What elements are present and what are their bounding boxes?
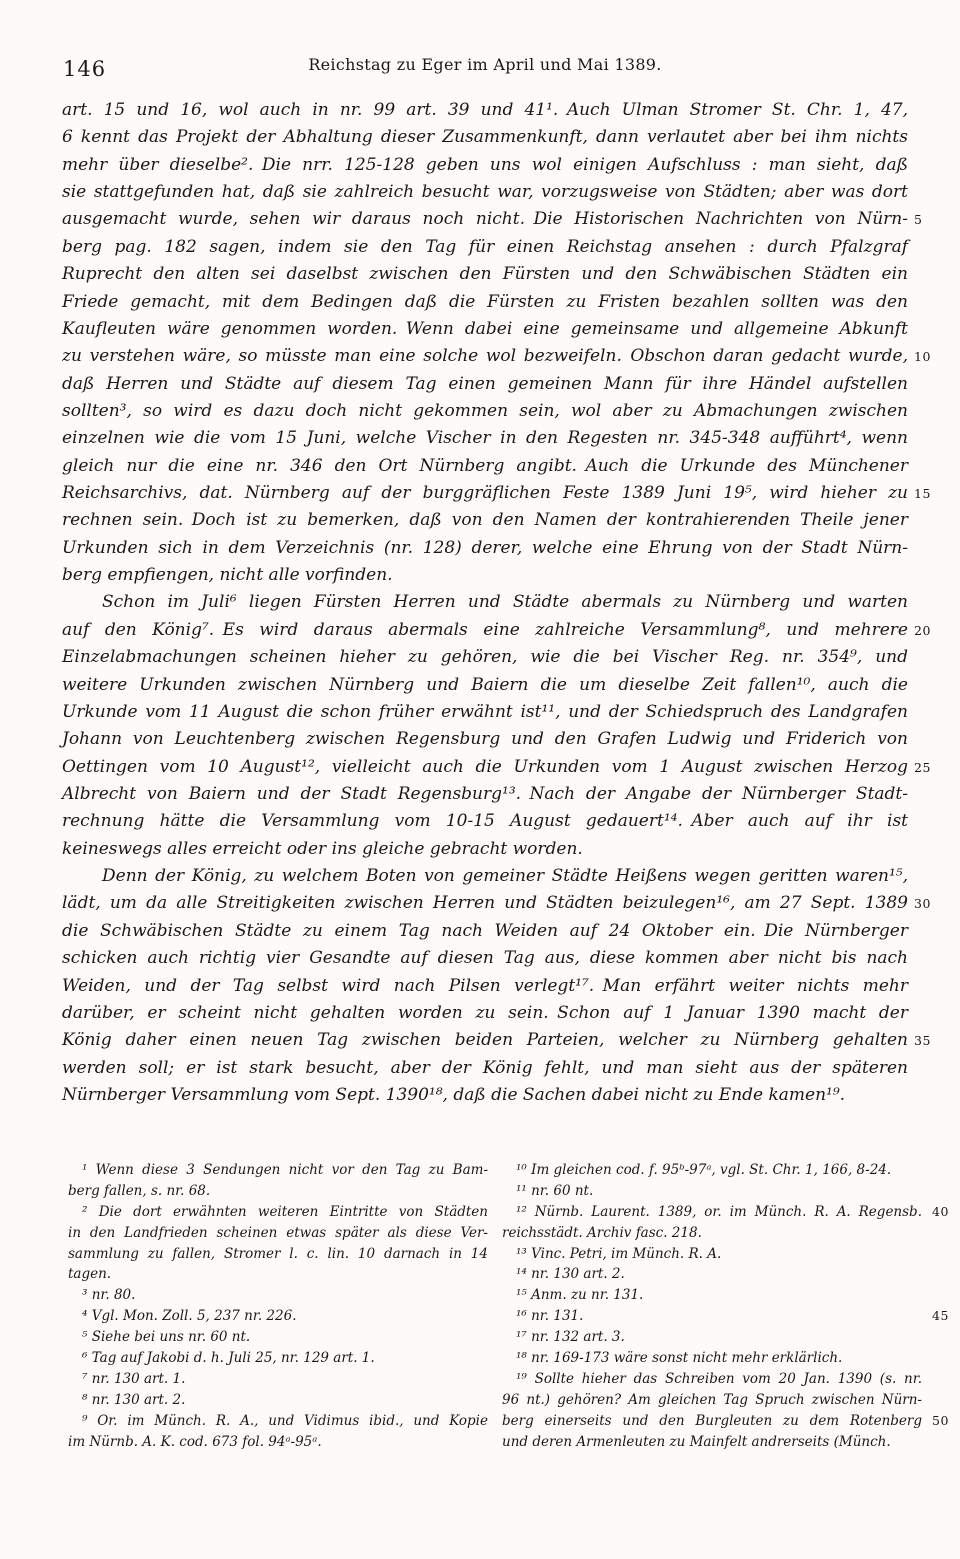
margin-line-number: 10 — [914, 343, 931, 370]
footnote-line: ³ nr. 80. — [68, 1285, 488, 1306]
body-text-line: Albrecht von Baiern und der Stadt Regens… — [62, 781, 908, 808]
footnote-line: ⁶ Tag auf Jakobi d. h. Juli 25, nr. 129 … — [68, 1348, 488, 1369]
footnote-line: ¹⁸ nr. 169-173 wäre sonst nicht mehr erk… — [502, 1348, 922, 1369]
body-text-line: Oettingen vom 10 August¹², vielleicht au… — [62, 754, 908, 781]
footnote-line: reichsstädt. Archiv fasc. 218. — [502, 1223, 922, 1244]
body-text-line: sie stattgefunden hat, daß sie zahlreich… — [62, 179, 908, 206]
footnote-line: ⁷ nr. 130 art. 1. — [68, 1369, 488, 1390]
body-text-line: Schon im Juli⁶ liegen Fürsten Herren und… — [62, 589, 908, 616]
footnote-line: 96 nt.) gehören? Am gleichen Tag Spruch … — [502, 1390, 922, 1411]
book-page: 146 Reichstag zu Eger im April und Mai 1… — [0, 0, 960, 1559]
body-text-line: rechnen sein. Doch ist zu bemerken, daß … — [62, 507, 908, 534]
margin-line-number: 25 — [914, 754, 931, 781]
footnote-line: berg einerseits und den Burgleuten zu de… — [502, 1411, 922, 1432]
footnote-line: ¹⁷ nr. 132 art. 3. — [502, 1327, 922, 1348]
body-text-line: berg empfiengen, nicht alle vorfinden. — [62, 562, 908, 589]
body-text-line: art. 15 und 16, wol auch in nr. 99 art. … — [62, 97, 908, 124]
body-text-line: Nürnberger Versammlung vom Sept. 1390¹⁸,… — [62, 1082, 908, 1109]
margin-line-number: 20 — [914, 617, 931, 644]
body-text-line: berg pag. 182 sagen, indem sie den Tag f… — [62, 234, 908, 261]
footnote-line: ¹⁶ nr. 131.45 — [502, 1306, 922, 1327]
body-text-line: mehr über dieselbe². Die nrr. 125-128 ge… — [62, 152, 908, 179]
body-text-line: Johann von Leuchtenberg zwischen Regensb… — [62, 726, 908, 753]
footnote-line: und deren Armenleuten zu Mainfelt andrer… — [502, 1432, 922, 1453]
body-text-line: Denn der König, zu welchem Boten von gem… — [62, 863, 908, 890]
body-text-line: Weiden, und der Tag selbst wird nach Pil… — [62, 973, 908, 1000]
footnote-line: in den Landfrieden scheinen etwas später… — [68, 1223, 488, 1244]
body-text-line: König daher einen neuen Tag zwischen bei… — [62, 1027, 908, 1054]
footnote-line: ¹ Wenn diese 3 Sendungen nicht vor den T… — [68, 1160, 488, 1181]
margin-line-number: 45 — [932, 1306, 949, 1327]
footnote-line: tagen. — [68, 1264, 488, 1285]
margin-line-number: 30 — [914, 890, 931, 917]
footnote-line: ² Die dort erwähnten weiteren Eintritte … — [68, 1202, 488, 1223]
body-text-line: zu verstehen wäre, so müsste man eine so… — [62, 343, 908, 370]
footnote-line: ⁵ Siehe bei uns nr. 60 nt. — [68, 1327, 488, 1348]
footnotes-left-column: ¹ Wenn diese 3 Sendungen nicht vor den T… — [68, 1160, 488, 1452]
footnote-line: ¹² Nürnb. Laurent. 1389, or. im Münch. R… — [502, 1202, 922, 1223]
margin-line-number: 5 — [914, 206, 922, 233]
body-text-line: daß Herren und Städte auf diesem Tag ein… — [62, 371, 908, 398]
footnote-line: ¹⁴ nr. 130 art. 2. — [502, 1264, 922, 1285]
body-text-line: Ruprecht den alten sei daselbst zwischen… — [62, 261, 908, 288]
body-text-line: Einzelabmachungen scheinen hieher zu geh… — [62, 644, 908, 671]
body-text-line: Kaufleuten wäre genommen worden. Wenn da… — [62, 316, 908, 343]
body-text-line: ausgemacht wurde, sehen wir daraus noch … — [62, 206, 908, 233]
body-text-line: weitere Urkunden zwischen Nürnberg und B… — [62, 672, 908, 699]
margin-line-number: 35 — [914, 1027, 931, 1054]
footnote-line: ⁴ Vgl. Mon. Zoll. 5, 237 nr. 226. — [68, 1306, 488, 1327]
body-text-line: Reichsarchivs, dat. Nürnberg auf der bur… — [62, 480, 908, 507]
main-text: art. 15 und 16, wol auch in nr. 99 art. … — [62, 97, 908, 1109]
body-text-line: werden soll; er ist stark besucht, aber … — [62, 1055, 908, 1082]
margin-line-number: 15 — [914, 480, 931, 507]
body-text-line: Urkunden sich in dem Verzeichnis (nr. 12… — [62, 535, 908, 562]
footnote-line: ¹⁰ Im gleichen cod. f. 95ᵇ-97ᵃ, vgl. St.… — [502, 1160, 922, 1181]
body-text-line: auf den König⁷. Es wird daraus abermals … — [62, 617, 908, 644]
footnote-line: ⁹ Or. im Münch. R. A., und Vidimus ibid.… — [68, 1411, 488, 1432]
body-text-line: lädt, um da alle Streitigkeiten zwischen… — [62, 890, 908, 917]
body-text-line: Urkunde vom 11 August die schon früher e… — [62, 699, 908, 726]
running-title: Reichstag zu Eger im April und Mai 1389. — [62, 55, 908, 74]
body-text-line: schicken auch richtig vier Gesandte auf … — [62, 945, 908, 972]
body-text-line: einzelnen wie die vom 15 Juni, welche Vi… — [62, 425, 908, 452]
footnotes-right-column: ¹⁰ Im gleichen cod. f. 95ᵇ-97ᵃ, vgl. St.… — [502, 1160, 922, 1452]
footnote-line: ¹⁹ Sollte hieher das Schreiben vom 20 Ja… — [502, 1369, 922, 1390]
body-text-line: 6 kennt das Projekt der Abhaltung dieser… — [62, 124, 908, 151]
footnote-line: sammlung zu fallen, Stromer l. c. lin. 1… — [68, 1244, 488, 1265]
margin-line-number: 50 — [932, 1411, 949, 1432]
body-text-line: Friede gemacht, mit dem Bedingen daß die… — [62, 289, 908, 316]
body-text-line: gleich nur die eine nr. 346 den Ort Nürn… — [62, 453, 908, 480]
body-text-line: die Schwäbischen Städte zu einem Tag nac… — [62, 918, 908, 945]
footnote-line: ⁸ nr. 130 art. 2. — [68, 1390, 488, 1411]
footnote-line: ¹³ Vinc. Petri, im Münch. R. A. — [502, 1244, 922, 1265]
margin-line-number: 40 — [932, 1202, 949, 1223]
footnote-line: im Nürnb. A. K. cod. 673 fol. 94ᵃ-95ᵃ. — [68, 1432, 488, 1453]
body-text-line: darüber, er scheint nicht gehalten worde… — [62, 1000, 908, 1027]
body-text-line: sollten³, so wird es dazu doch nicht gek… — [62, 398, 908, 425]
footnote-line: ¹⁵ Anm. zu nr. 131. — [502, 1285, 922, 1306]
body-text-line: keineswegs alles erreicht oder ins gleic… — [62, 836, 908, 863]
footnote-line: berg fallen, s. nr. 68. — [68, 1181, 488, 1202]
body-text-line: rechnung hätte die Versammlung vom 10-15… — [62, 808, 908, 835]
footnote-line: ¹¹ nr. 60 nt. — [502, 1181, 922, 1202]
